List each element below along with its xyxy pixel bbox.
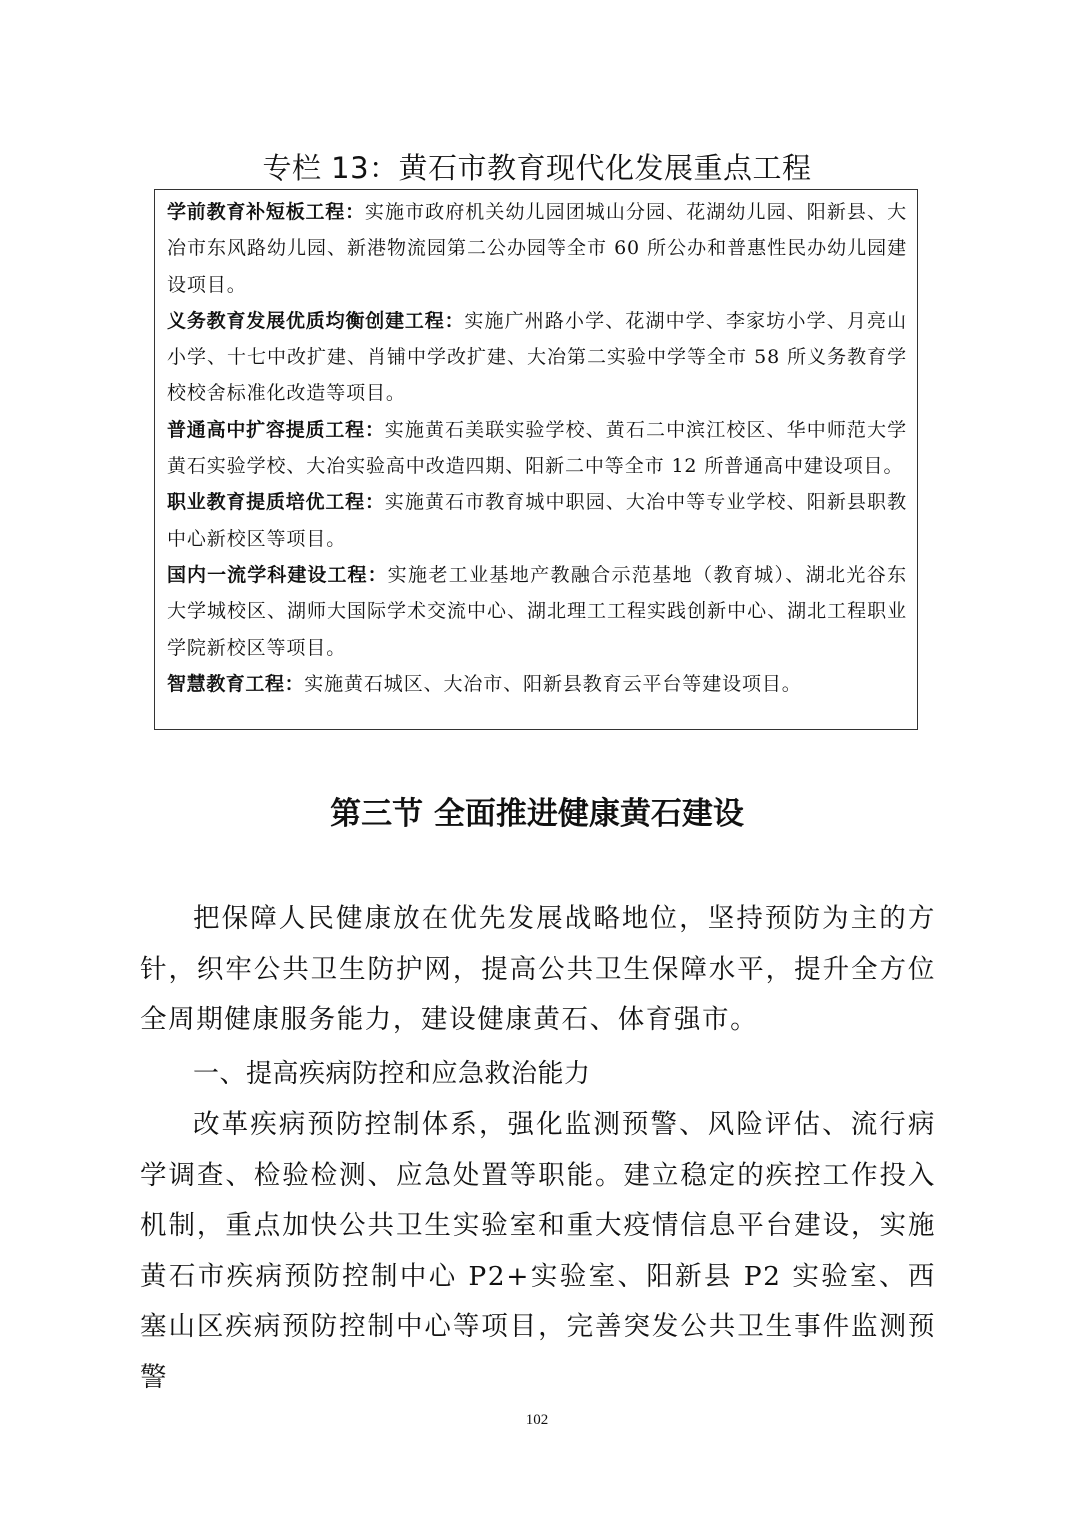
project-item: 职业教育提质培优工程：实施黄石市教育城中职园、大冶中等专业学校、阳新县职教中心新…: [167, 484, 907, 557]
project-item: 国内一流学科建设工程：实施老工业基地产教融合示范基地（教育城）、湖北光谷东大学城…: [167, 557, 907, 666]
project-box: 学前教育补短板工程：实施市政府机关幼儿园团城山分园、花湖幼儿园、阳新县、大冶市东…: [154, 189, 918, 730]
box-title: 专栏 13：黄石市教育现代化发展重点工程: [0, 148, 1074, 188]
project-item: 普通高中扩容提质工程：实施黄石美联实验学校、黄石二中滨江校区、华中师范大学黄石实…: [167, 412, 907, 485]
project-item: 学前教育补短板工程：实施市政府机关幼儿园团城山分园、花湖幼儿园、阳新县、大冶市东…: [167, 194, 907, 303]
project-text: 实施黄石城区、大冶市、阳新县教育云平台等建设项目。: [304, 673, 802, 695]
project-heading: 普通高中扩容提质工程：: [167, 419, 385, 441]
body-paragraph: 改革疾病预防控制体系，强化监测预警、风险评估、流行病学调查、检验检测、应急处置等…: [140, 1100, 936, 1403]
project-heading: 职业教育提质培优工程：: [167, 491, 385, 513]
project-heading: 学前教育补短板工程：: [167, 201, 365, 223]
intro-paragraph: 把保障人民健康放在优先发展战略地位，坚持预防为主的方针，织牢公共卫生防护网，提高…: [140, 894, 936, 1046]
project-item: 智慧教育工程：实施黄石城区、大冶市、阳新县教育云平台等建设项目。: [167, 666, 907, 702]
page-number: 102: [0, 1412, 1074, 1429]
section-title: 第三节 全面推进健康黄石建设: [0, 792, 1074, 836]
project-item: 义务教育发展优质均衡创建工程：实施广州路小学、花湖中学、李家坊小学、月亮山小学、…: [167, 303, 907, 412]
project-heading: 国内一流学科建设工程：: [167, 564, 388, 586]
project-heading: 智慧教育工程：: [167, 673, 304, 695]
subsection-title: 一、提高疾病防控和应急救治能力: [193, 1052, 591, 1096]
project-heading: 义务教育发展优质均衡创建工程：: [167, 310, 464, 332]
